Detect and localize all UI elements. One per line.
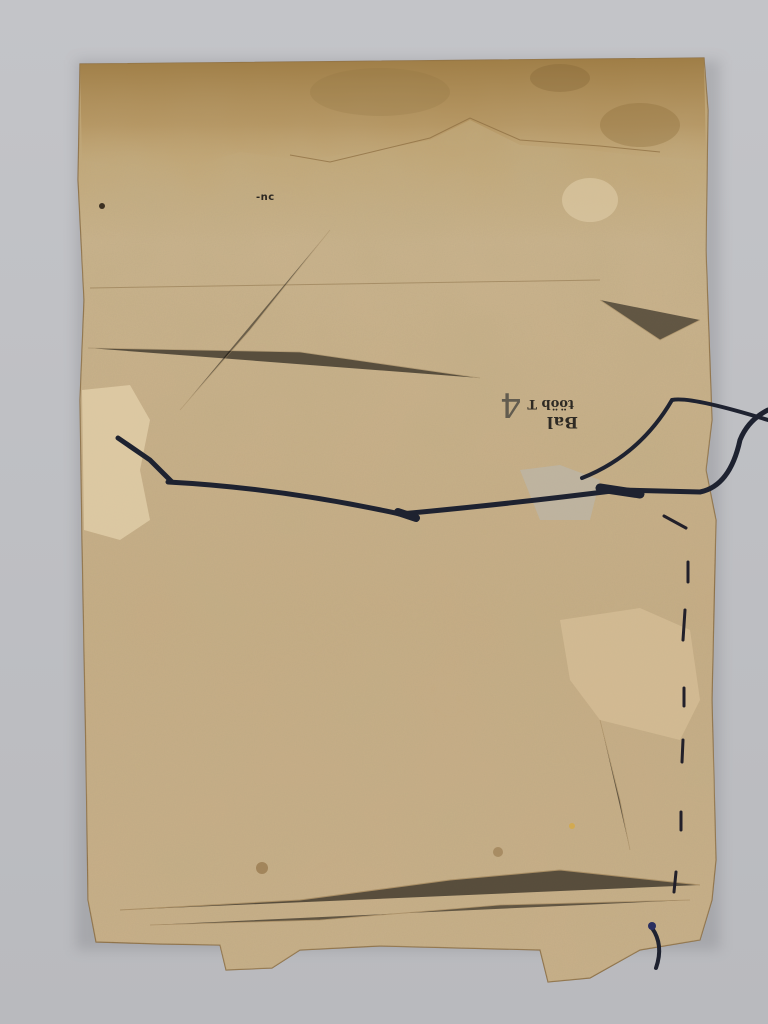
inverted-stamp: Bal tööb T — [512, 384, 584, 434]
small-ink-mark: -nc — [256, 192, 275, 203]
stamp-line-1: Bal — [547, 414, 578, 430]
photo-scene: -nc 4 Bal tööb T — [0, 0, 768, 1024]
document-paper — [0, 0, 768, 1024]
stamp-line-2: tööb T — [527, 397, 574, 410]
